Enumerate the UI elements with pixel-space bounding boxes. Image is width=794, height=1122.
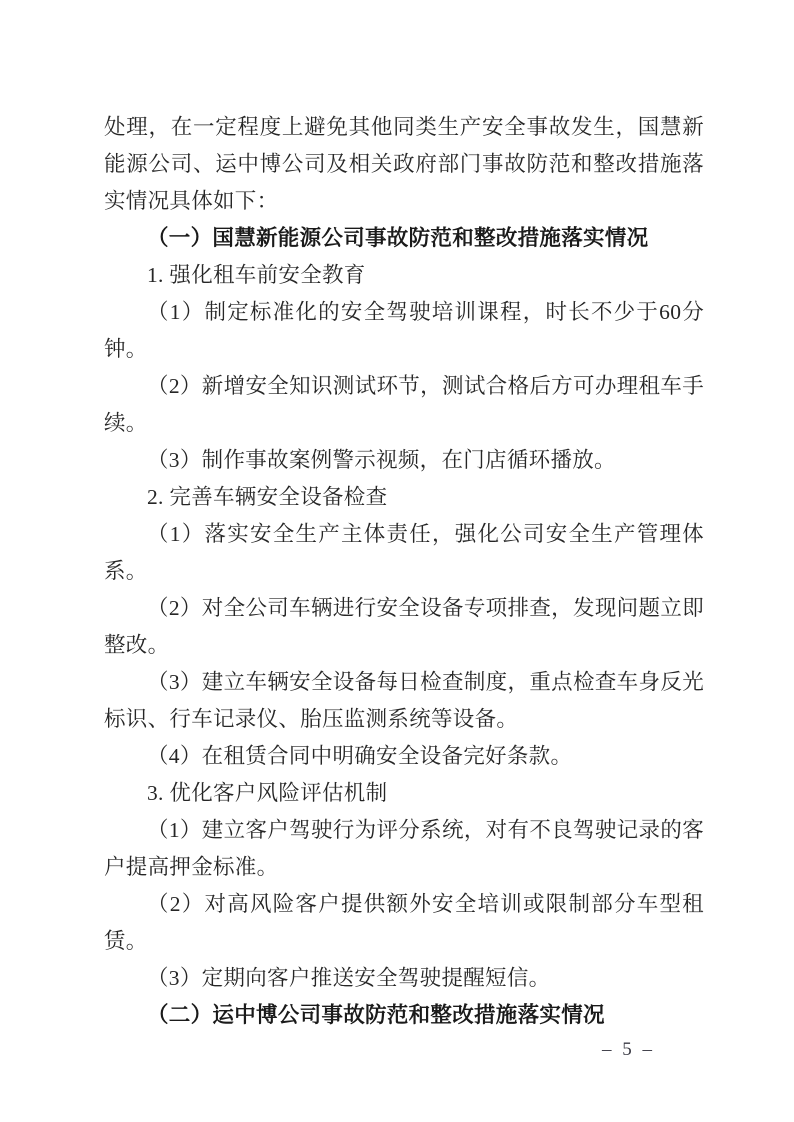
section-heading: （二）运中博公司事故防范和整改措施落实情况: [104, 997, 704, 1034]
paragraph: （2）对高风险客户提供额外安全培训或限制部分车型租赁。: [104, 886, 704, 960]
paragraph: 2. 完善车辆安全设备检查: [104, 479, 704, 516]
paragraph: 处理，在一定程度上避免其他同类生产安全事故发生，国慧新能源公司、运中博公司及相关…: [104, 109, 704, 220]
paragraph: （4）在租赁合同中明确安全设备完好条款。: [104, 738, 704, 775]
paragraph: （3）建立车辆安全设备每日检查制度，重点检查车身反光标识、行车记录仪、胎压监测系…: [104, 664, 704, 738]
paragraph: （3）定期向客户推送安全驾驶提醒短信。: [104, 960, 704, 997]
paragraph: （1）制定标准化的安全驾驶培训课程，时长不少于60分钟。: [104, 294, 704, 368]
section-heading: （一）国慧新能源公司事故防范和整改措施落实情况: [104, 220, 704, 257]
document-page: 处理，在一定程度上避免其他同类生产安全事故发生，国慧新能源公司、运中博公司及相关…: [0, 0, 794, 1122]
paragraph: （3）制作事故案例警示视频，在门店循环播放。: [104, 442, 704, 479]
document-body: 处理，在一定程度上避免其他同类生产安全事故发生，国慧新能源公司、运中博公司及相关…: [104, 109, 704, 1034]
paragraph: （2）对全公司车辆进行安全设备专项排查，发现问题立即整改。: [104, 590, 704, 664]
paragraph: 1. 强化租车前安全教育: [104, 257, 704, 294]
page-number: – 5 –: [602, 1038, 655, 1062]
paragraph: （2）新增安全知识测试环节，测试合格后方可办理租车手续。: [104, 368, 704, 442]
paragraph: 3. 优化客户风险评估机制: [104, 775, 704, 812]
paragraph: （1）建立客户驾驶行为评分系统，对有不良驾驶记录的客户提高押金标准。: [104, 812, 704, 886]
paragraph: （1）落实安全生产主体责任，强化公司安全生产管理体系。: [104, 516, 704, 590]
